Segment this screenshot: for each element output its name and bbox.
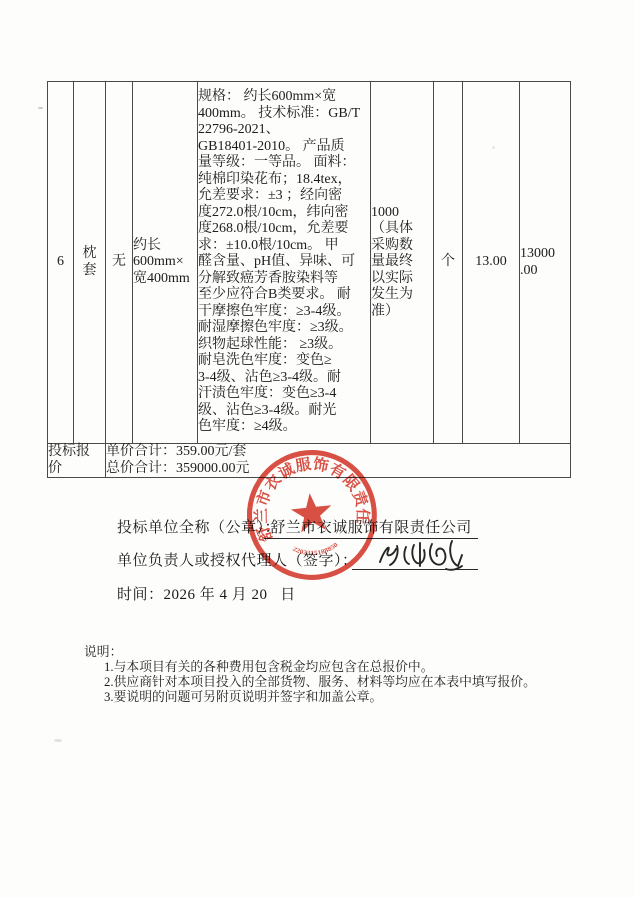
company-seal-stamp: 舒兰市衣诚服饰有限责任公司 2202315188850: [236, 440, 388, 592]
cell-summary-label: 投标报 价: [48, 444, 106, 478]
notes-block: 说明： 1.与本项目有关的各种费用包含税金均应包含在总报价中。 2.供应商针对本…: [84, 645, 536, 705]
cell-size: 约长 600mm× 宽400mm: [133, 82, 198, 444]
cell-specification: 规格： 约长600mm×宽 400mm。 技术标准：GB/T 22796-202…: [198, 82, 371, 444]
cell-seq-number: 6: [48, 82, 74, 444]
svg-text:2202315188850: 2202315188850: [291, 541, 340, 559]
seal-serial-number: 2202315188850: [291, 541, 340, 559]
scan-speck: [54, 739, 62, 742]
note-item-2: 2.供应商针对本项目投入的全部货物、服务、材料等均应在本表中填写报价。: [104, 675, 536, 690]
cell-unit-price: 13.00: [463, 82, 520, 444]
scan-speck: [38, 107, 43, 109]
svg-text:舒兰市衣诚服饰有限责任公司: 舒兰市衣诚服饰有限责任公司: [236, 440, 374, 547]
cell-item-name: 枕 套: [74, 82, 106, 444]
note-item-3: 3.要说明的问题可另附页说明并签字和加盖公章。: [104, 690, 536, 705]
table-row-item: 6 枕 套 无 约长 600mm× 宽400mm 规格： 约长600mm×宽 4…: [48, 82, 571, 444]
cell-unit: 个: [434, 82, 463, 444]
scanned-bid-document-page: 6 枕 套 无 约长 600mm× 宽400mm 规格： 约长600mm×宽 4…: [0, 0, 635, 898]
bid-items-table: 6 枕 套 无 约长 600mm× 宽400mm 规格： 约长600mm×宽 4…: [47, 81, 571, 478]
handwritten-signature: [376, 538, 464, 572]
seal-company-name: 舒兰市衣诚服饰有限责任公司: [236, 440, 374, 547]
cell-total-price: 13000 .00: [520, 82, 571, 444]
scan-speck: [492, 146, 495, 149]
seal-star-icon: [289, 491, 333, 533]
cell-quantity: 1000 （具体 采购数 量最终 以实际 发生为 准）: [371, 82, 434, 444]
note-item-1: 1.与本项目有关的各种费用包含税金均应包含在总报价中。: [104, 660, 536, 675]
notes-title: 说明：: [84, 645, 536, 660]
cell-brand: 无: [106, 82, 133, 444]
